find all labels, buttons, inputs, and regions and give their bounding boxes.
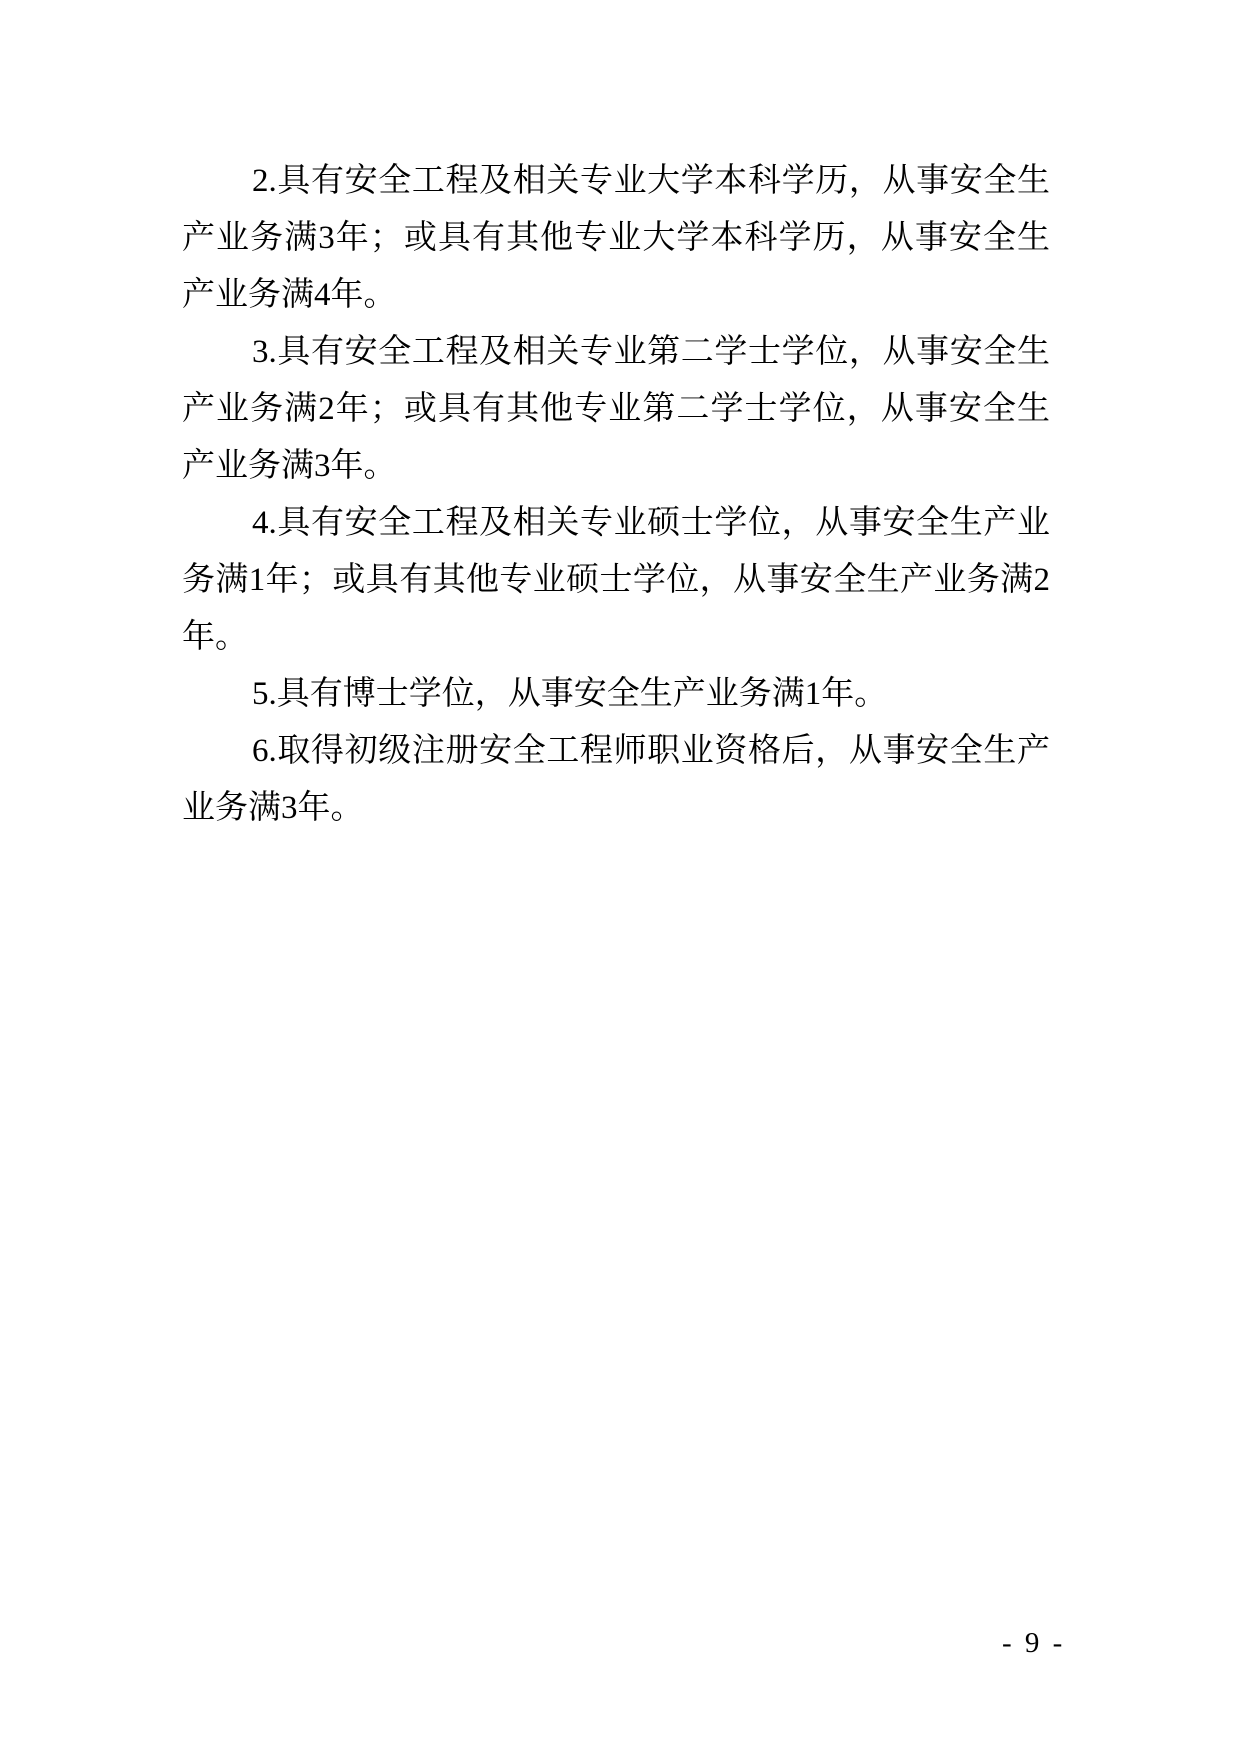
text-line: 产业务满3年；或具有其他专业大学本科学历，从事安全生 (182, 210, 1050, 267)
text-line: 务满1年；或具有其他专业硕士学位，从事安全生产业务满2 (182, 552, 1050, 609)
list-item: 4.具有安全工程及相关专业硕士学位，从事安全生产业务满1年；或具有其他专业硕士学… (182, 495, 1050, 666)
list-item: 6.取得初级注册安全工程师职业资格后，从事安全生产业务满3年。 (182, 723, 1050, 837)
text-line: 产业务满2年；或具有其他专业第二学士学位，从事安全生 (182, 381, 1050, 438)
text-line: 6.取得初级注册安全工程师职业资格后，从事安全生产 (182, 723, 1050, 780)
text-line: 5.具有博士学位，从事安全生产业务满1年。 (182, 666, 1050, 723)
list-item: 5.具有博士学位，从事安全生产业务满1年。 (182, 666, 1050, 723)
text-line: 2.具有安全工程及相关专业大学本科学历，从事安全生 (182, 153, 1050, 210)
text-line: 3.具有安全工程及相关专业第二学士学位，从事安全生 (182, 324, 1050, 381)
text-line: 产业务满4年。 (182, 267, 1050, 324)
page-number: - 9 - (1002, 1627, 1065, 1660)
text-line: 业务满3年。 (182, 780, 1050, 837)
text-line: 4.具有安全工程及相关专业硕士学位，从事安全生产业 (182, 495, 1050, 552)
list-item: 3.具有安全工程及相关专业第二学士学位，从事安全生产业务满2年；或具有其他专业第… (182, 324, 1050, 495)
list-item: 2.具有安全工程及相关专业大学本科学历，从事安全生产业务满3年；或具有其他专业大… (182, 153, 1050, 324)
text-line: 年。 (182, 609, 1050, 666)
document-page: 2.具有安全工程及相关专业大学本科学历，从事安全生产业务满3年；或具有其他专业大… (0, 0, 1241, 1755)
document-body: 2.具有安全工程及相关专业大学本科学历，从事安全生产业务满3年；或具有其他专业大… (182, 153, 1050, 837)
text-line: 产业务满3年。 (182, 438, 1050, 495)
